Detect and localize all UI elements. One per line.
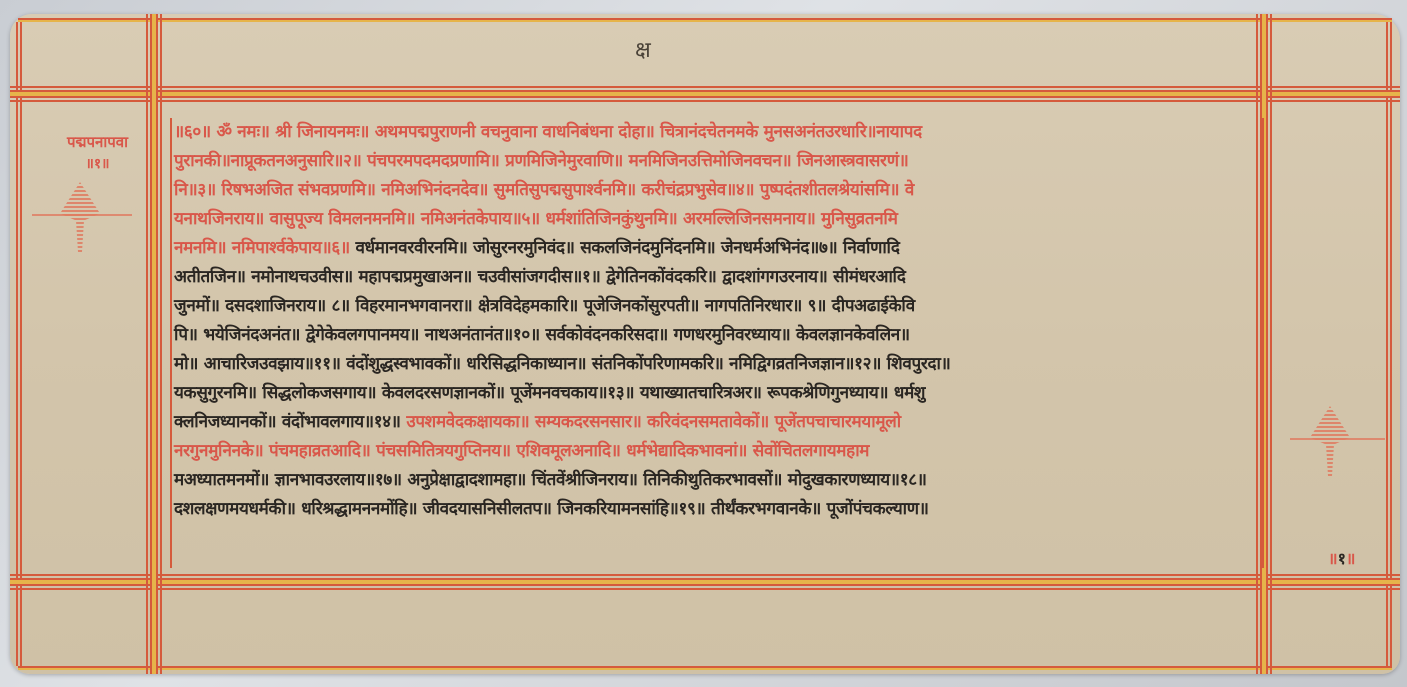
text-block: ॥६०॥ ॐ नमः॥ श्री जिनायनमः॥ अथमपद्मपुराणन… [170,118,1264,568]
top-edge-rule [18,18,1392,22]
bottom-edge-rule [18,666,1392,670]
body-text: वर्धमानवरवीरनमि॥ जोसुरनरमुनिवंद॥ सकलजिनं… [355,238,899,258]
manuscript-line: जुनमों॥ दसदशाजिनराय॥ ८॥ विहरमानभगवानरा॥ … [172,292,1262,321]
body-text: अतीतजिन॥ नमोनाथचउवीस॥ महापद्मप्रमुखाअन॥ … [174,267,906,287]
manuscript-line: ॥६०॥ ॐ नमः॥ श्री जिनायनमः॥ अथमपद्मपुराणन… [172,118,1262,147]
manuscript-line: नरगुनमुनिनके॥ पंचमहाव्रतआदि॥ पंचसमितित्र… [172,437,1262,466]
top-frame-band [10,86,1400,102]
manuscript-line: दशलक्षणमयधर्मकी॥ धरिश्रद्धामननमोंहि॥ जीव… [172,495,1262,524]
manuscript-line: अतीतजिन॥ नमोनाथचउवीस॥ महापद्मप्रमुखाअन॥ … [172,263,1262,292]
rubric-text: नि॥३॥ रिषभअजित संभवप्रणमि॥ नमिअभिनंदनदेव… [174,180,914,200]
manuscript-line: मो॥ आचारिजउवझाय॥११॥ वंदोंशुद्धस्वभावकों॥… [172,350,1262,379]
rubric-text: उपशमवेदकक्षायका॥ सम्यकदरसनसार॥ करिवंदनसम… [406,412,901,432]
left-frame-band [146,14,162,674]
page-number: ॥१॥ [1328,547,1356,569]
body-text: क्लनिजध्यानकों॥ वंदोंभावलगाय॥१४॥ [174,412,406,432]
rubric-text: पुरानकी॥नाप्रूकतनअनुसारि॥२॥ पंचपरमपदमदप्… [174,151,909,171]
left-ornament-arm [32,214,132,216]
right-ornament-arm [1290,438,1385,440]
manuscript-line: यकसुगुरनमि॥ सिद्धलोकजसगाय॥ केवलदरसणज्ञान… [172,379,1262,408]
manuscript-line: पुरानकी॥नाप्रूकतनअनुसारि॥२॥ पंचपरमपदमदप्… [172,147,1262,176]
manuscript-line: मअध्यातमनमों॥ ज्ञानभावउरलाय॥१७॥ अनुप्रेक… [172,466,1262,495]
manuscript-line: यनाथजिनराय॥ वासुपूज्य विमलनमनमि॥ नमिअनंत… [172,205,1262,234]
body-text: पि॥ भयेजिनंदअनंत॥ द्वेगेकेवलगपानमय॥ नाथअ… [174,325,910,345]
right-edge-rule [1386,22,1392,666]
manuscript-line: क्लनिजध्यानकों॥ वंदोंभावलगाय॥१४॥ उपशमवेद… [172,408,1262,437]
left-edge-rule [16,22,22,666]
body-text: यकसुगुरनमि॥ सिद्धलोकजसगाय॥ केवलदरसणज्ञान… [174,383,925,403]
manuscript-folio: क्ष पद्मपनापवा ॥१॥ ॥१॥ ॥६०॥ ॐ नमः॥ श्री … [10,14,1400,674]
body-text: जुनमों॥ दसदशाजिनराय॥ ८॥ विहरमानभगवानरा॥ … [174,296,915,316]
rubric-text: ॥६०॥ ॐ नमः॥ श्री जिनायनमः॥ अथमपद्मपुराणन… [174,122,922,142]
folio-mark: क्ष [635,34,651,64]
left-ornament-icon [60,182,100,252]
rubric-text: यनाथजिनराय॥ वासुपूज्य विमलनमनमि॥ नमिअनंत… [174,209,898,229]
left-margin-title: पद्मपनापवा [40,132,155,152]
manuscript-line: नि॥३॥ रिषभअजित संभवप्रणमि॥ नमिअभिनंदनदेव… [172,176,1262,205]
rubric-text: नरगुनमुनिनके॥ पंचमहाव्रतआदि॥ पंचसमितित्र… [174,441,869,461]
manuscript-line: पि॥ भयेजिनंदअनंत॥ द्वेगेकेवलगपानमय॥ नाथअ… [172,321,1262,350]
body-text: मअध्यातमनमों॥ ज्ञानभावउरलाय॥१७॥ अनुप्रेक… [174,470,927,490]
body-text: दशलक्षणमयधर्मकी॥ धरिश्रद्धामननमोंहि॥ जीव… [174,499,929,519]
right-ornament-icon [1310,406,1350,476]
bottom-frame-band [10,574,1400,590]
body-text: मो॥ आचारिजउवझाय॥११॥ वंदोंशुद्धस्वभावकों॥… [174,354,951,374]
rubric-text: नमनमि॥ नमिपार्श्वकेपाय॥६॥ [174,238,355,258]
left-margin-sub: ॥१॥ [40,154,155,173]
manuscript-line: नमनमि॥ नमिपार्श्वकेपाय॥६॥ वर्धमानवरवीरनम… [172,234,1262,263]
